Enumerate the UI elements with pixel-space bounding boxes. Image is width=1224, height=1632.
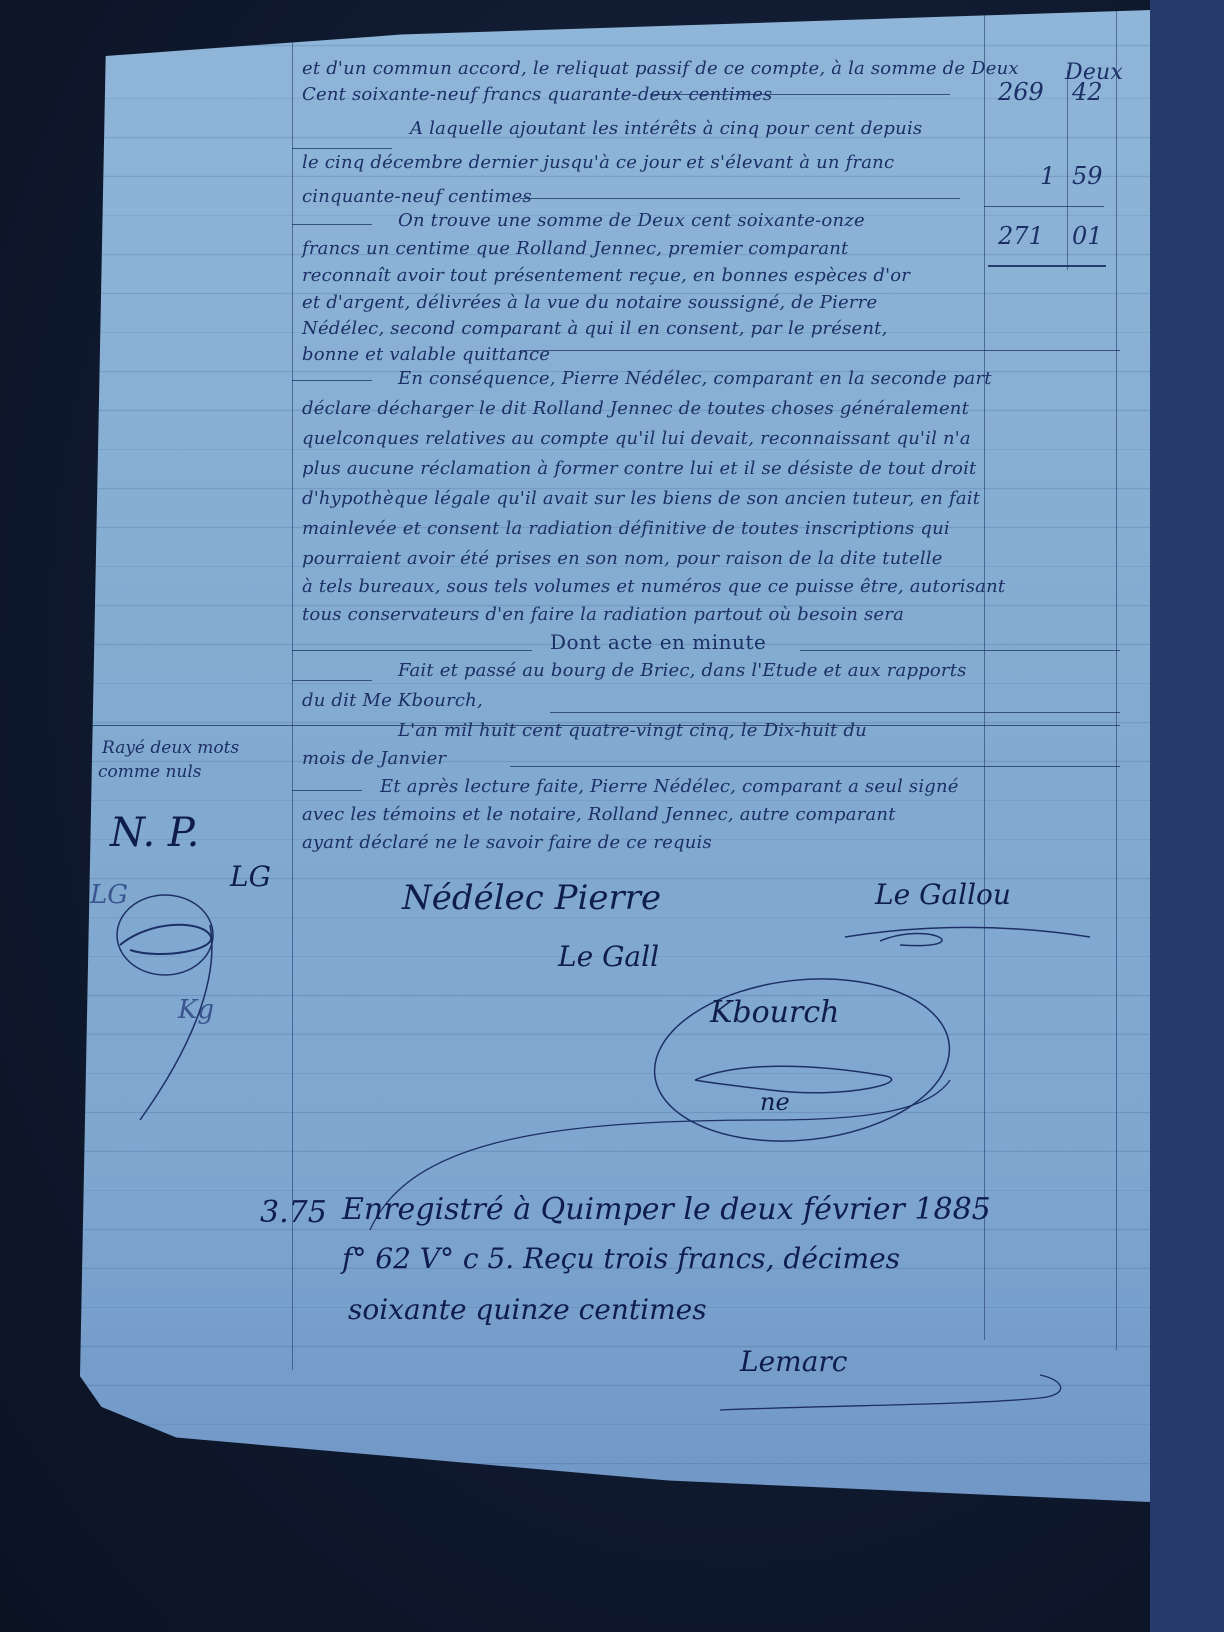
amount-column-rule — [984, 10, 985, 1340]
body-line: cinquante-neuf centimes — [302, 186, 532, 207]
right-edge-rule — [1116, 10, 1117, 1350]
closing-line: mois de Janvier — [302, 748, 446, 769]
line-fill — [510, 766, 1120, 767]
closing-line: avec les témoins et le notaire, Rolland … — [302, 804, 896, 825]
margin-initials: N. P. — [110, 810, 199, 856]
body-line: plus aucune réclamation à former contre … — [302, 458, 976, 479]
clerk-signature-flourish — [720, 1370, 1080, 1420]
body-line: et d'un commun accord, le reliquat passi… — [302, 58, 1019, 79]
body-line: Cent soixante-neuf francs quarante-deux … — [302, 84, 772, 105]
margin-correction-note: Rayé deux mots — [102, 738, 239, 758]
line-fill — [292, 790, 362, 791]
amount-centimes-2: 59 — [1072, 162, 1103, 190]
subtotal-rule — [984, 206, 1104, 207]
signature-le-gallou: Le Gallou — [875, 878, 1011, 911]
closing-line: L'an mil huit cent quatre-vingt cinq, le… — [398, 720, 867, 741]
line-fill — [292, 680, 372, 681]
amount-francs-2: 1 — [1040, 162, 1055, 190]
body-line: bonne et valable quittance — [302, 344, 550, 365]
closing-line: Fait et passé au bourg de Briec, dans l'… — [398, 660, 967, 681]
amount-centimes-total: 01 — [1072, 222, 1103, 250]
signature-le-gall: Le Gall — [558, 940, 659, 973]
document-page: Deux 269 42 1 59 271 01 et d'un commun a… — [80, 10, 1150, 1545]
body-line: le cinq décembre dernier jusqu'à ce jour… — [302, 152, 894, 173]
body-line: mainlevée et consent la radiation défini… — [302, 518, 950, 539]
page-edge-shadow — [1150, 0, 1224, 1632]
margin-paraph-flourish — [100, 890, 300, 1150]
registration-fee: 3.75 — [260, 1195, 327, 1230]
margin-correction-note: comme nuls — [98, 762, 202, 782]
body-line: et d'argent, délivrées à la vue du notai… — [302, 292, 877, 313]
signature-le-gallou-flourish — [840, 915, 1100, 955]
line-fill — [292, 380, 372, 381]
line-fill — [520, 350, 1120, 351]
body-line: quelconques relatives au compte qu'il lu… — [302, 428, 971, 449]
line-fill — [520, 198, 960, 199]
signature-nedelec: Nédélec Pierre — [402, 878, 661, 918]
body-line: d'hypothèque légale qu'il avait sur les … — [302, 488, 980, 509]
signature-notary: Kbourch — [710, 995, 839, 1030]
body-line: francs un centime que Rolland Jennec, pr… — [302, 238, 848, 259]
registration-line: f° 62 V° c 5. Reçu trois francs, décimes — [342, 1242, 900, 1275]
closing-line: du dit Me Kbourch, — [302, 690, 483, 711]
body-line: pourraient avoir été prises en son nom, … — [302, 548, 943, 569]
left-margin-rule — [292, 40, 293, 1370]
registration-line: soixante quinze centimes — [348, 1293, 707, 1326]
section-heading: Dont acte en minute — [550, 630, 766, 654]
line-fill — [800, 650, 1120, 651]
body-line: Nédélec, second comparant à qui il en co… — [302, 318, 888, 339]
line-fill — [292, 224, 372, 225]
line-fill — [292, 148, 392, 149]
closing-line: Et après lecture faite, Pierre Nédélec, … — [380, 776, 959, 797]
body-line: A laquelle ajoutant les intérêts à cinq … — [410, 118, 922, 139]
centimes-column-rule — [1067, 70, 1068, 270]
total-rule — [988, 265, 1106, 267]
amount-francs-total: 271 — [998, 222, 1044, 250]
body-line: déclare décharger le dit Rolland Jennec … — [302, 398, 969, 419]
body-line: reconnaît avoir tout présentement reçue,… — [302, 265, 910, 286]
margin-initials: LG — [230, 860, 271, 893]
amount-centimes-1: 42 — [1072, 78, 1103, 106]
body-line: On trouve une somme de Deux cent soixant… — [398, 210, 865, 231]
closing-line: ayant déclaré ne le savoir faire de ce r… — [302, 832, 712, 853]
body-line: tous conservateurs d'en faire la radiati… — [302, 604, 904, 625]
registration-line: Enregistré à Quimper le deux février 188… — [342, 1192, 991, 1227]
amount-francs-1: 269 — [998, 78, 1044, 106]
line-fill — [292, 650, 532, 651]
body-line: En conséquence, Pierre Nédélec, comparan… — [398, 368, 992, 389]
body-line: à tels bureaux, sous tels volumes et num… — [302, 576, 1005, 597]
line-fill — [550, 712, 1120, 713]
